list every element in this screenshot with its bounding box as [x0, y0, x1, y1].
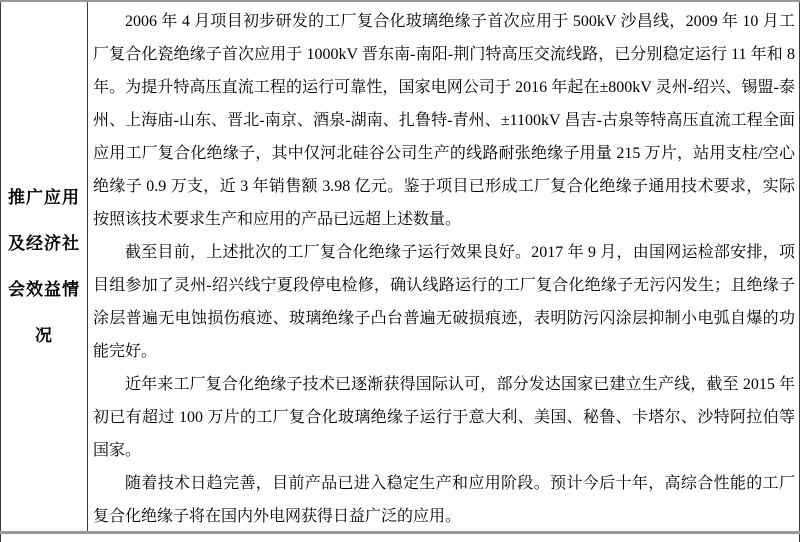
row-header-label: 推广应用及经济社会效益情况 — [8, 175, 80, 359]
row-content-cell: 2006 年 4 月项目初步研发的工厂复合化玻璃绝缘子首次应用于 500kV 沙… — [88, 2, 799, 531]
paragraph-future-outlook: 随着技术日趋完善，目前产品已进入稳定生产和应用阶段。预计今后十年，高综合性能的工… — [93, 467, 795, 531]
paragraph-application-history: 2006 年 4 月项目初步研发的工厂复合化玻璃绝缘子首次应用于 500kV 沙… — [93, 5, 795, 236]
table-row: 推广应用及经济社会效益情况 2006 年 4 月项目初步研发的工厂复合化玻璃绝缘… — [0, 2, 800, 531]
paragraph-international-recognition: 近年来工厂复合化绝缘子技术已逐渐获得国际认可，部分发达国家已建立生产线，截至 2… — [93, 368, 795, 467]
document-page: 推广应用及经济社会效益情况 2006 年 4 月项目初步研发的工厂复合化玻璃绝缘… — [0, 0, 800, 542]
paragraph-operation-inspection: 截至目前，上述批次的工厂复合化绝缘子运行效果良好。2017 年 9 月，由国网运… — [93, 236, 795, 368]
row-header-cell: 推广应用及经济社会效益情况 — [1, 2, 88, 531]
next-row-strip — [0, 534, 800, 542]
